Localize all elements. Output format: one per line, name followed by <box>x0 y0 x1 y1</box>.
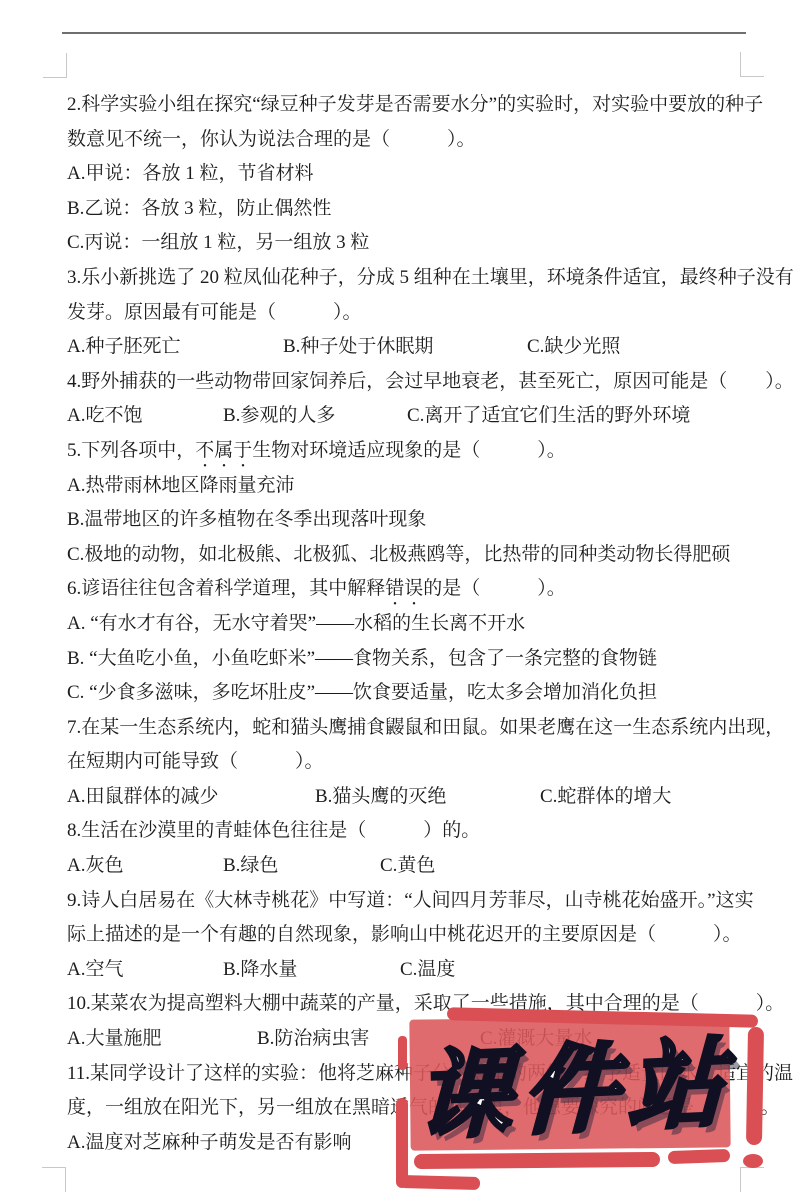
question-4-line-1: 4.野外捕获的一些动物带回家饲养后，会过早地衰老，甚至死亡，原因可能是（ ）。 <box>67 365 747 400</box>
question-9-option-a: A.空气 <box>67 953 123 988</box>
question-2-line-2: 数意见不统一，你认为说法合理的是（ ）。 <box>67 123 747 158</box>
question-9-option-c: C.温度 <box>400 953 455 988</box>
question-11-line-2: 度，一组放在阳光下，另一组放在黑暗透气的纸盒里，他想要探究的问题是（ ）。 <box>67 1091 747 1126</box>
text-boundary-mark-top-left <box>43 53 67 78</box>
question-7-line-1: 7.在某一生态系统内，蛇和猫头鹰捕食鼹鼠和田鼠。如果老鹰在这一生态系统内出现， <box>67 711 747 746</box>
question-11-line-1: 11.某同学设计了这样的实验：他将芝麻种子分为等量的两组，给予适量的水、适宜的温 <box>67 1057 747 1092</box>
question-3-option-c: C.缺少光照 <box>527 330 620 365</box>
question-5-option-b: B.温带地区的许多植物在冬季出现落叶现象 <box>67 503 747 538</box>
question-8-option-a: A.灰色 <box>67 849 123 884</box>
question-10-option-b: B.防治病虫害 <box>257 1022 369 1057</box>
question-7-line-2: 在短期内可能导致（ ）。 <box>67 745 747 780</box>
question-5-text-post: 生物对环境适应现象的是（ ）。 <box>252 440 566 461</box>
question-8-options-row: A.灰色 B.绿色 C.黄色 <box>67 849 747 884</box>
question-7-option-a: A.田鼠群体的减少 <box>67 780 218 815</box>
question-2-option-b: B.乙说：各放 3 粒，防止偶然性 <box>67 192 747 227</box>
question-9-options-row: A.空气 B.降水量 C.温度 <box>67 953 747 988</box>
question-8-option-b: B.绿色 <box>223 849 278 884</box>
question-6-text-pre: 6.谚语往往包含着科学道理，其中解释 <box>67 578 385 599</box>
question-5-line-1: 5.下列各项中，不属于生物对环境适应现象的是（ ）。 <box>67 434 747 469</box>
question-4-option-c: C.离开了适宜它们生活的野外环境 <box>407 399 690 434</box>
question-4-option-a: A.吃不饱 <box>67 399 142 434</box>
question-4-option-b: B.参观的人多 <box>223 399 335 434</box>
question-2-option-c: C.丙说：一组放 1 粒，另一组放 3 粒 <box>67 226 747 261</box>
question-7-option-c: C.蛇群体的增大 <box>540 780 671 815</box>
question-3-options-row: A.种子胚死亡 B.种子处于休眠期 C.缺少光照 <box>67 330 747 365</box>
question-7-option-b: B.猫头鹰的灭绝 <box>315 780 446 815</box>
question-9-line-1: 9.诗人白居易在《大林寺桃花》中写道：“人间四月芳菲尽，山寺桃花始盛开。”这实 <box>67 884 747 919</box>
question-3-option-a: A.种子胚死亡 <box>67 330 180 365</box>
question-6-option-c: C. “少食多滋味，多吃坏肚皮”——饮食要适量，吃太多会增加消化负担 <box>67 676 747 711</box>
stamp-border-right <box>746 1027 764 1145</box>
question-3-option-b: B.种子处于休眠期 <box>283 330 433 365</box>
question-6-line-1: 6.谚语往往包含着科学道理，其中解释错误的是（ ）。 <box>67 572 747 607</box>
question-8-option-c: C.黄色 <box>380 849 435 884</box>
question-3-line-1: 3.乐小新挑选了 20 粒凤仙花种子，分成 5 组种在土壤里，环境条件适宜，最终… <box>67 261 747 296</box>
question-11-option-a: A.温度对芝麻种子萌发是否有影响 <box>67 1126 747 1161</box>
question-9-option-b: B.降水量 <box>223 953 297 988</box>
text-boundary-mark-bottom-right <box>740 1167 764 1192</box>
page-header-rule <box>62 32 746 34</box>
text-boundary-mark-top-right <box>740 52 764 77</box>
exam-document-body: 2.科学实验小组在探究“绿豆种子发芽是否需要水分”的实验时，对实验中要放的种子 … <box>67 88 747 1160</box>
question-6-text-post: 的是（ ）。 <box>423 578 566 599</box>
question-10-options-row: A.大量施肥 B.防治病虫害 C.灌溉大量水 <box>67 1022 747 1057</box>
stamp-border-bottom-left-corner <box>400 1175 480 1190</box>
question-10-line-1: 10.某菜农为提高塑料大棚中蔬菜的产量，采取了一些措施，其中合理的是（ ）。 <box>67 987 747 1022</box>
question-5-text-pre: 5.下列各项中， <box>67 440 195 461</box>
question-9-line-2: 际上描述的是一个有趣的自然现象，影响山中桃花迟开的主要原因是（ ）。 <box>67 918 747 953</box>
question-6-option-a: A. “有水才有谷，无水守着哭”——水稻的生长离不开水 <box>67 607 747 642</box>
text-boundary-mark-bottom-left <box>42 1167 66 1192</box>
question-2-option-a: A.甲说：各放 1 粒，节省材料 <box>67 157 747 192</box>
question-10-option-c: C.灌溉大量水 <box>480 1022 592 1057</box>
question-3-line-2: 发芽。原因最有可能是（ ）。 <box>67 296 747 331</box>
question-4-options-row: A.吃不饱 B.参观的人多 C.离开了适宜它们生活的野外环境 <box>67 399 747 434</box>
question-7-options-row: A.田鼠群体的减少 B.猫头鹰的灭绝 C.蛇群体的增大 <box>67 780 747 815</box>
question-10-option-a: A.大量施肥 <box>67 1022 161 1057</box>
question-5-option-c: C.极地的动物，如北极熊、北极狐、北极燕鸥等，比热带的同种类动物长得肥硕 <box>67 538 747 573</box>
question-2-line-1: 2.科学实验小组在探究“绿豆种子发芽是否需要水分”的实验时，对实验中要放的种子 <box>67 88 747 123</box>
question-5-emphasized-text: 不属于 <box>195 440 252 461</box>
question-5-option-a: A.热带雨林地区降雨量充沛 <box>67 469 747 504</box>
question-8-line-1: 8.生活在沙漠里的青蛙体色往往是（ ）的。 <box>67 814 747 849</box>
question-6-option-b: B. “大鱼吃小鱼，小鱼吃虾米”——食物关系，包含了一条完整的食物链 <box>67 642 747 677</box>
question-6-emphasized-text: 错误 <box>385 578 423 599</box>
